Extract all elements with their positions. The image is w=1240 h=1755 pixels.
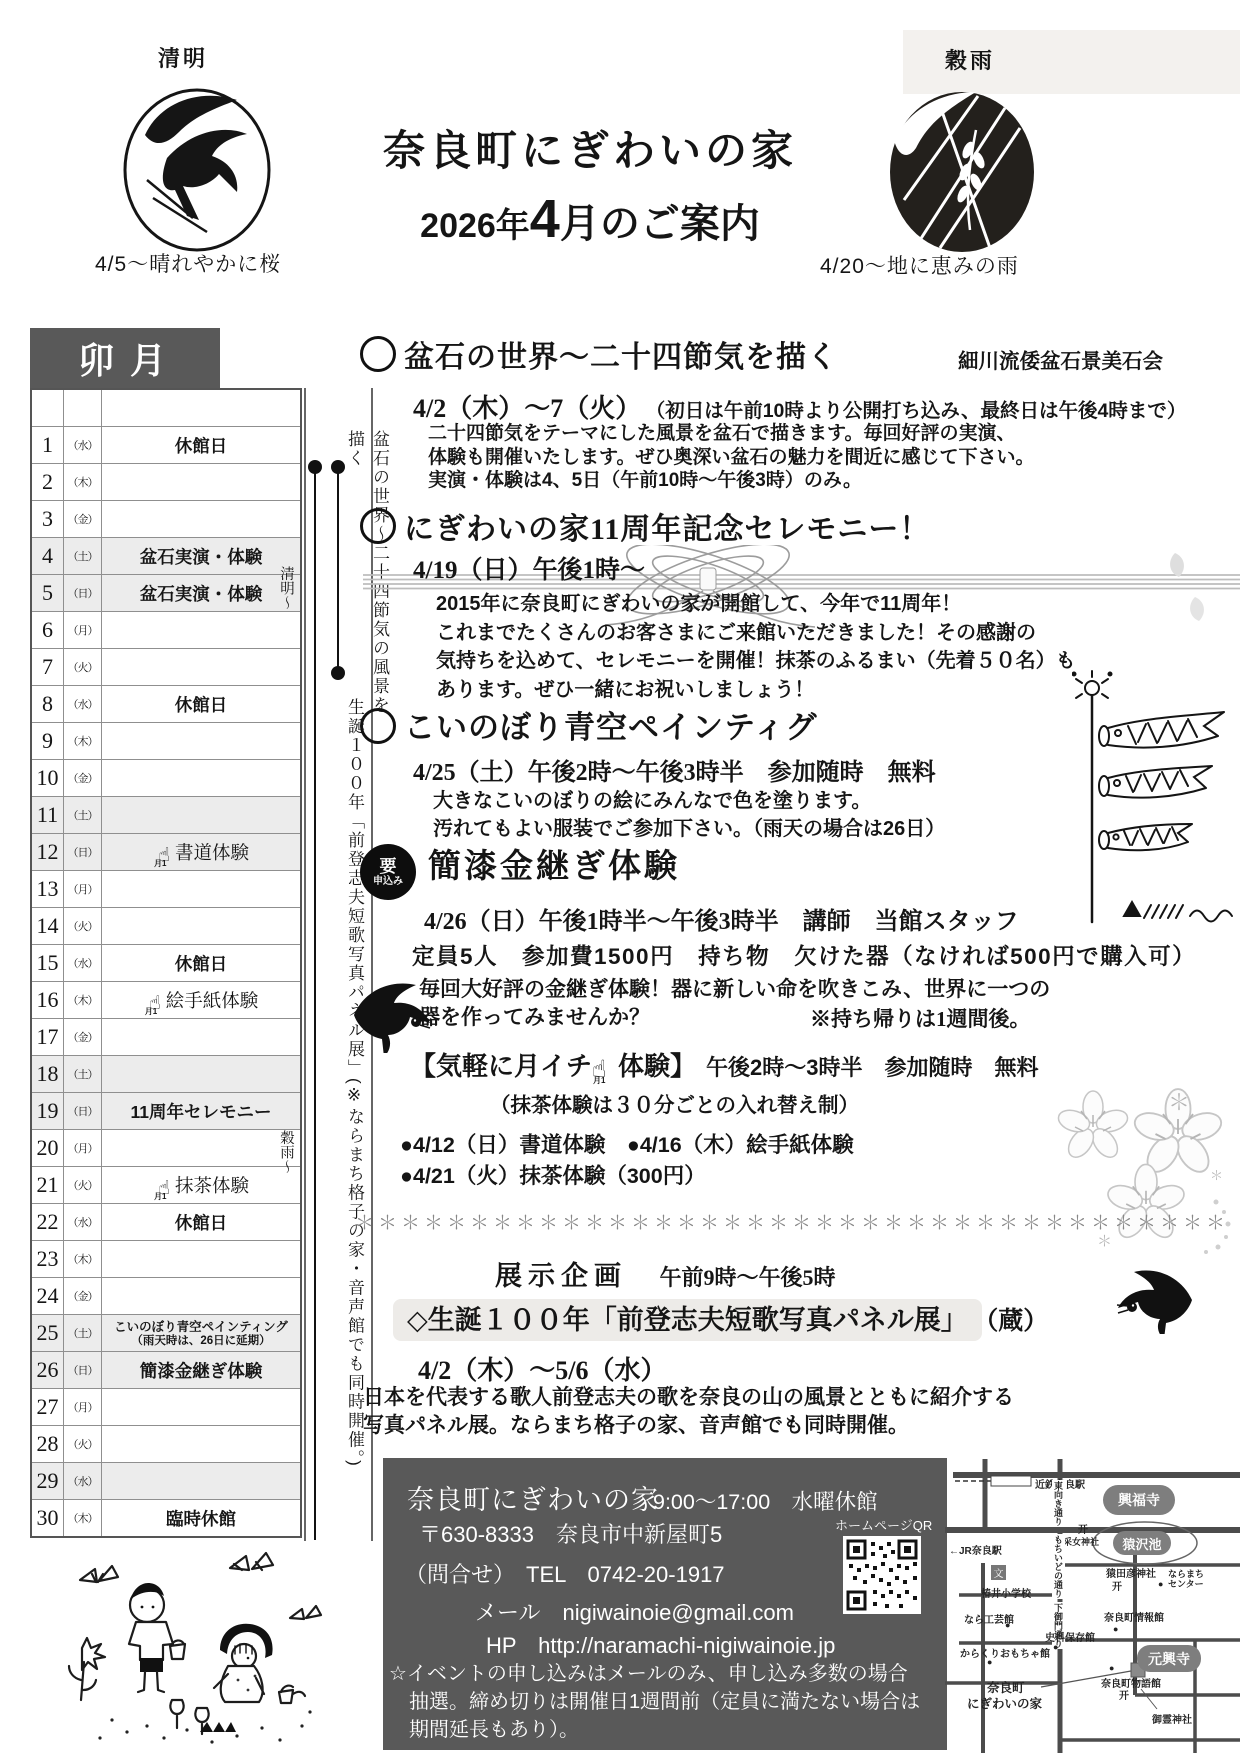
calendar-day-row: 19 （日） 11周年セレモニー bbox=[31, 1093, 301, 1130]
map-label: ● bbox=[987, 1657, 992, 1667]
map-badge-gangoji: 元興寺 bbox=[1137, 1645, 1201, 1672]
monthly-title-pre: 【気軽に月イチ bbox=[410, 1052, 592, 1081]
monthly-heading: 【気軽に月イチ☝月1体験】午後2時～3時半 参加随時 無料 bbox=[410, 1046, 1039, 1083]
calendar-day-row: 21 （火） ☝月1抹茶体験 bbox=[31, 1167, 301, 1204]
grain-emblem-icon bbox=[880, 80, 1045, 255]
day-weekday: （金） bbox=[64, 760, 102, 797]
map-label: からくりおもちゃ館 bbox=[960, 1645, 1050, 1660]
anniversary-title: にぎわいの家11周年記念セレモニー！ bbox=[404, 504, 930, 548]
exhibit-venue: （蔵） bbox=[986, 1308, 1049, 1335]
calendar-day-row: 18 （土） bbox=[31, 1056, 301, 1093]
day-event bbox=[102, 464, 302, 501]
day-number: 17 bbox=[31, 1019, 64, 1056]
calendar-day-row: 1 （水） 休館日 bbox=[31, 427, 301, 464]
swallow-icon bbox=[350, 975, 438, 1053]
day-weekday: （水） bbox=[64, 1204, 102, 1241]
day-event: こいのぼり青空ペインティング（雨天時は、26日に延期） bbox=[102, 1315, 302, 1352]
calendar-day-row: 4 （土） 盆石実演・体験 bbox=[31, 538, 301, 575]
day-event: 簡漆金継ぎ体験 bbox=[102, 1352, 302, 1389]
day-weekday: （水） bbox=[64, 945, 102, 982]
day-number: 11 bbox=[31, 797, 64, 834]
day-number: 8 bbox=[31, 686, 64, 723]
day-number: 12 bbox=[31, 834, 64, 871]
page-title: 奈良町にぎわいの家 bbox=[330, 118, 850, 178]
calendar-day-row: 27 （月） bbox=[31, 1389, 301, 1426]
day-number: 27 bbox=[31, 1389, 64, 1426]
map-label: ● bbox=[1113, 1624, 1118, 1634]
day-weekday: （火） bbox=[64, 1167, 102, 1204]
calendar-day-row: 15 （水） 休館日 bbox=[31, 945, 301, 982]
day-number: 30 bbox=[31, 1500, 64, 1538]
bonseki-date-note: （初日は午前10時より公開打ち込み、最終日は午後4時まで） bbox=[646, 400, 1187, 422]
day-weekday: （木） bbox=[64, 982, 102, 1019]
page-subtitle: 2026年4月のご案内 bbox=[330, 188, 850, 250]
day-event bbox=[102, 1463, 302, 1500]
day-event bbox=[102, 797, 302, 834]
calendar-day-row: 17 （金） bbox=[31, 1019, 301, 1056]
day-number: 9 bbox=[31, 723, 64, 760]
day-number: 26 bbox=[31, 1352, 64, 1389]
day-number: 7 bbox=[31, 649, 64, 686]
hand-pointer-icon: ☝月1 bbox=[153, 1177, 175, 1199]
day-event: 休館日 bbox=[102, 686, 302, 723]
exhibit-body: 日本を代表する歌人前登志夫の歌を奈良の山の風景とともに紹介する 写真パネル展。な… bbox=[363, 1384, 1014, 1440]
map-label: ←JR奈良駅 bbox=[949, 1542, 1002, 1557]
koinobori-body: 大きなこいのぼりの絵にみんなで色を塗ります。 汚れてもよい服装でご参加下さい。（… bbox=[433, 788, 945, 843]
day-number: 20 bbox=[31, 1130, 64, 1167]
calendar-day-row: 24 （金） bbox=[31, 1278, 301, 1315]
day-event bbox=[102, 1019, 302, 1056]
day-number: 14 bbox=[31, 908, 64, 945]
exhibit-period-dot-start bbox=[308, 460, 322, 474]
footer-email[interactable]: メール nigiwainoie@gmail.com bbox=[475, 1596, 794, 1627]
calendar-day-row: 7 （火） bbox=[31, 649, 301, 686]
day-weekday: （土） bbox=[64, 797, 102, 834]
calendar-day-row: 2 （木） bbox=[31, 464, 301, 501]
map-label: 开 bbox=[1112, 1578, 1122, 1593]
day-number: 15 bbox=[31, 945, 64, 982]
day-event: 盆石実演・体験 bbox=[102, 575, 302, 612]
day-weekday: （金） bbox=[64, 501, 102, 538]
koinobori-illustration bbox=[1072, 670, 1240, 930]
map-label: 开 bbox=[1119, 1687, 1129, 1702]
day-number: 10 bbox=[31, 760, 64, 797]
bonseki-body: 二十四節気をテーマにした風景を盆石で描きます。毎回好評の実演、 体験も開催いたし… bbox=[428, 422, 1034, 493]
day-weekday: （日） bbox=[64, 834, 102, 871]
event-bullet-icon bbox=[360, 708, 396, 744]
day-number: 23 bbox=[31, 1241, 64, 1278]
monthly-title-post: 体験】 bbox=[618, 1052, 696, 1081]
swallow-icon bbox=[1096, 1264, 1196, 1334]
map-school-mark: 文 bbox=[991, 1565, 1006, 1580]
exhibit-title: ◇生誕１００年「前登志夫短歌写真パネル展」 bbox=[393, 1299, 982, 1341]
footer-hours: 9:00～17:00 水曜休館 bbox=[653, 1485, 878, 1516]
monthly-item-line-1: ●4/12（日）書道体験 ●4/16（木）絵手紙体験 bbox=[400, 1128, 854, 1159]
day-weekday: （月） bbox=[64, 871, 102, 908]
anniversary-body: 2015年に奈良町にぎわいの家が開館して、今年で11周年！ これまでたくさんのお… bbox=[436, 590, 1076, 704]
calendar-day-row: 14 （火） bbox=[31, 908, 301, 945]
day-weekday: （木） bbox=[64, 1500, 102, 1538]
qr-code-icon bbox=[843, 1536, 921, 1614]
day-event bbox=[102, 1056, 302, 1093]
day-number: 2 bbox=[31, 464, 64, 501]
day-event bbox=[102, 1278, 302, 1315]
day-event bbox=[102, 649, 302, 686]
day-weekday: （日） bbox=[64, 575, 102, 612]
map-label: ● bbox=[1005, 1620, 1010, 1630]
day-weekday: （月） bbox=[64, 612, 102, 649]
calendar-day-row: 10 （金） bbox=[31, 760, 301, 797]
map-label: 東向き通り bbox=[1052, 1480, 1065, 1527]
kintsugi-note: ※持ち帰りは1週間後。 bbox=[810, 1003, 1031, 1033]
calendar-table: 1 （水） 休館日 2 （木） 3 （金） 4 （土） 盆石実演・体験 5 （日… bbox=[30, 388, 302, 1538]
hand-pointer-icon: ☝月1 bbox=[592, 1055, 618, 1083]
bonseki-date-row: 4/2（木）～7（火） （初日は午前10時より公開打ち込み、最終日は午後4時まで… bbox=[413, 388, 1186, 425]
day-weekday: （金） bbox=[64, 1278, 102, 1315]
footer-address: 〒630-8333 奈良市中新屋町5 bbox=[419, 1518, 722, 1549]
day-event: 休館日 bbox=[102, 1204, 302, 1241]
seimei-marker: 清明～ bbox=[276, 566, 297, 610]
day-weekday: （水） bbox=[64, 1463, 102, 1500]
day-number: 29 bbox=[31, 1463, 64, 1500]
map-label: 御霊神社 bbox=[1152, 1711, 1192, 1726]
exhibit-hours: 午前9時～午後5時 bbox=[659, 1265, 835, 1290]
day-event bbox=[102, 1426, 302, 1463]
footer-note: ☆イベントの申し込みはメールのみ、申し込み多数の場合 抽選。締め切りは開催日1週… bbox=[389, 1660, 920, 1744]
map-badge-sarusawa: 猿沢池 bbox=[1113, 1531, 1171, 1555]
subtitle-rest: 月のご案内 bbox=[560, 202, 760, 246]
footer-homepage[interactable]: HP http://naramachi-nigiwainoie.jp bbox=[486, 1629, 835, 1660]
day-number: 16 bbox=[31, 982, 64, 1019]
calendar-day-row: 12 （日） ☝月1書道体験 bbox=[31, 834, 301, 871]
calendar-day-row: 5 （日） 盆石実演・体験 bbox=[31, 575, 301, 612]
exhibit-date: 4/2（木）～5/6（水） bbox=[418, 1350, 666, 1387]
map-label: もちいどの通り bbox=[1052, 1534, 1065, 1599]
calendar-day-row: 20 （月） bbox=[31, 1130, 301, 1167]
day-number: 25 bbox=[31, 1315, 64, 1352]
calendar-day-row: 22 （水） 休館日 bbox=[31, 1204, 301, 1241]
calendar-day-row: 11 （土） bbox=[31, 797, 301, 834]
day-event bbox=[102, 723, 302, 760]
monthly-sub-note: （抹茶体験は３０分ごとの入れ替え制） bbox=[490, 1088, 859, 1118]
calendar-day-row: 28 （火） bbox=[31, 1426, 301, 1463]
exhibit-heading-row: 展示企画 午前9時～午後5時 bbox=[495, 1254, 835, 1293]
day-number: 13 bbox=[31, 871, 64, 908]
kintsugi-title: 簡漆金継ぎ体験 bbox=[428, 840, 680, 887]
kokuu-marker: 穀雨～ bbox=[276, 1130, 297, 1174]
day-number: 4 bbox=[31, 538, 64, 575]
day-weekday: （月） bbox=[64, 1389, 102, 1426]
access-map: 興福寺 猿沢池 元興寺 文 近鉄奈良駅東向き通り←JR奈良駅开采女神社椿井小学校… bbox=[945, 1455, 1240, 1755]
day-event bbox=[102, 501, 302, 538]
day-weekday: （日） bbox=[64, 1093, 102, 1130]
day-weekday: （金） bbox=[64, 1019, 102, 1056]
day-weekday: （木） bbox=[64, 464, 102, 501]
calendar-header-row bbox=[31, 389, 301, 427]
day-event bbox=[102, 1241, 302, 1278]
hand-pointer-icon: ☝月1 bbox=[153, 844, 175, 866]
anniversary-date: 4/19（日）午後1時～ bbox=[413, 550, 645, 586]
bonseki-title: 盆石の世界～二十四節気を描く bbox=[404, 332, 838, 376]
bonseki-date: 4/2（木）～7（火） bbox=[413, 394, 641, 423]
day-event bbox=[102, 612, 302, 649]
day-number: 6 bbox=[31, 612, 64, 649]
month-name-header: 卯月 bbox=[30, 328, 220, 388]
footer-contact-box: 奈良町にぎわいの家 9:00～17:00 水曜休館 〒630-8333 奈良市中… bbox=[383, 1458, 947, 1750]
calendar-day-row: 23 （木） bbox=[31, 1241, 301, 1278]
day-number: 3 bbox=[31, 501, 64, 538]
qr-label: ホームページQR bbox=[835, 1515, 932, 1534]
day-number: 1 bbox=[31, 427, 64, 464]
day-event bbox=[102, 871, 302, 908]
reservation-required-badge: 要 申込み bbox=[360, 844, 416, 900]
bonseki-period-line bbox=[337, 468, 339, 673]
map-label: ● bbox=[1158, 1579, 1163, 1589]
kintsugi-date: 4/26（日）午後1時半～午後3時半 講師 当館スタッフ bbox=[424, 901, 1019, 936]
calendar-day-row: 30 （木） 臨時休館 bbox=[31, 1500, 301, 1538]
day-weekday: （土） bbox=[64, 1056, 102, 1093]
monthly-info: 午後2時～3時半 参加随時 無料 bbox=[706, 1055, 1038, 1080]
day-event bbox=[102, 1389, 302, 1426]
season-right-label: 穀雨 bbox=[945, 44, 995, 75]
season-left-label: 清明 bbox=[158, 42, 208, 73]
marker-strip-border-left bbox=[304, 388, 306, 1541]
day-weekday: （日） bbox=[64, 1352, 102, 1389]
day-number: 18 bbox=[31, 1056, 64, 1093]
qr-code bbox=[843, 1536, 921, 1614]
calendar-day-row: 26 （日） 簡漆金継ぎ体験 bbox=[31, 1352, 301, 1389]
map-label: 采女神社 bbox=[1063, 1535, 1099, 1548]
day-event: 11周年セレモニー bbox=[102, 1093, 302, 1130]
map-label: ● bbox=[1109, 1663, 1114, 1673]
day-weekday: （月） bbox=[64, 1130, 102, 1167]
day-event bbox=[102, 760, 302, 797]
day-number: 19 bbox=[31, 1093, 64, 1130]
day-event: 盆石実演・体験 bbox=[102, 538, 302, 575]
day-number: 21 bbox=[31, 1167, 64, 1204]
day-number: 24 bbox=[31, 1278, 64, 1315]
kintsugi-spec: 定員5人 参加費1500円 持ち物 欠けた器（なければ500円で購入可） bbox=[412, 939, 1196, 971]
event-bullet-icon bbox=[360, 336, 396, 372]
calendar-day-row: 25 （土） こいのぼり青空ペインティング（雨天時は、26日に延期） bbox=[31, 1315, 301, 1352]
children-gardening-illustration bbox=[52, 1550, 337, 1750]
map-label: にぎわいの家 bbox=[967, 1694, 1042, 1712]
day-weekday: （木） bbox=[64, 1241, 102, 1278]
badge-top-text: 要 bbox=[380, 858, 397, 875]
day-number: 5 bbox=[31, 575, 64, 612]
exhibit-period-line bbox=[314, 468, 316, 1540]
season-left-caption: 4/5～晴れやかに桜 bbox=[95, 248, 281, 278]
koinobori-date: 4/25（土）午後2時～午後3時半 参加随時 無料 bbox=[413, 752, 936, 787]
day-event: 臨時休館 bbox=[102, 1500, 302, 1538]
monthly-item-line-2: ●4/21（火）抹茶体験（300円） bbox=[400, 1159, 706, 1190]
exhibit-side-note: 生誕１００年「前登志夫短歌写真パネル展」(※ならまち格子の家・音声館でも同時開催… bbox=[342, 698, 367, 1498]
calendar-day-row: 29 （水） bbox=[31, 1463, 301, 1500]
footer-contact: （問合せ） TEL 0742-20-1917 bbox=[405, 1558, 725, 1589]
footer-name: 奈良町にぎわいの家 bbox=[407, 1478, 659, 1517]
map-label: 奈良町物語館 bbox=[1101, 1675, 1161, 1690]
day-event: ☝月1絵手紙体験 bbox=[102, 982, 302, 1019]
hand-label: 月1 bbox=[593, 1075, 605, 1086]
calendar-day-row: 9 （木） bbox=[31, 723, 301, 760]
day-event: ☝月1抹茶体験 bbox=[102, 1167, 302, 1204]
koinobori-title: こいのぼり青空ペインティグ bbox=[404, 702, 818, 747]
map-label: 椿井小学校 bbox=[981, 1585, 1031, 1600]
exhibit-title-row: ◇生誕１００年「前登志夫短歌写真パネル展」（蔵） bbox=[393, 1298, 1048, 1337]
day-event bbox=[102, 908, 302, 945]
hand-pointer-icon: ☝月1 bbox=[144, 992, 166, 1014]
bonseki-organizer: 細川流倭盆石景美石会 bbox=[958, 344, 1163, 374]
event-bullet-icon bbox=[360, 508, 396, 544]
day-event: ☝月1書道体験 bbox=[102, 834, 302, 871]
day-weekday: （水） bbox=[64, 427, 102, 464]
day-weekday: （火） bbox=[64, 908, 102, 945]
calendar-day-row: 16 （木） ☝月1絵手紙体験 bbox=[31, 982, 301, 1019]
day-event: 休館日 bbox=[102, 427, 302, 464]
day-weekday: （土） bbox=[64, 1315, 102, 1352]
subtitle-month: 4 bbox=[530, 189, 560, 249]
day-weekday: （土） bbox=[64, 538, 102, 575]
day-event: 休館日 bbox=[102, 945, 302, 982]
day-weekday: （火） bbox=[64, 649, 102, 686]
day-number: 22 bbox=[31, 1204, 64, 1241]
subtitle-year: 2026年 bbox=[420, 207, 530, 245]
map-badge-kofukuji: 興福寺 bbox=[1103, 1485, 1175, 1515]
day-number: 28 bbox=[31, 1426, 64, 1463]
swallow-emblem-icon bbox=[115, 80, 280, 255]
day-event bbox=[102, 1130, 302, 1167]
season-right-caption: 4/20～地に恵みの雨 bbox=[820, 250, 1019, 280]
exhibit-heading: 展示企画 bbox=[495, 1261, 627, 1291]
map-label: ● bbox=[1053, 1642, 1058, 1652]
map-label: センター bbox=[1168, 1577, 1204, 1590]
flyer-page: 清明 4/5～晴れやかに桜 奈良町にぎわいの家 2026年4月のご案内 穀雨 4… bbox=[0, 0, 1240, 1755]
sparkle-icon: ＊ bbox=[1210, 1165, 1223, 1184]
calendar-day-row: 6 （月） bbox=[31, 612, 301, 649]
calendar-day-row: 8 （水） 休館日 bbox=[31, 686, 301, 723]
calendar-day-row: 13 （月） bbox=[31, 871, 301, 908]
day-weekday: （木） bbox=[64, 723, 102, 760]
sparkle-icon: ＊ bbox=[1168, 1086, 1190, 1117]
map-label: 开 bbox=[1078, 1521, 1088, 1536]
badge-bottom-text: 申込み bbox=[373, 877, 403, 887]
day-weekday: （火） bbox=[64, 1426, 102, 1463]
day-weekday: （水） bbox=[64, 686, 102, 723]
calendar-day-row: 3 （金） bbox=[31, 501, 301, 538]
map-label: 奈良町情報館 bbox=[1104, 1609, 1164, 1624]
asterisk-separator: ＊＊＊＊＊＊＊＊＊＊＊＊＊＊＊＊＊＊＊＊＊＊＊＊＊＊＊＊＊＊＊＊＊＊＊＊＊＊ bbox=[355, 1208, 1240, 1235]
